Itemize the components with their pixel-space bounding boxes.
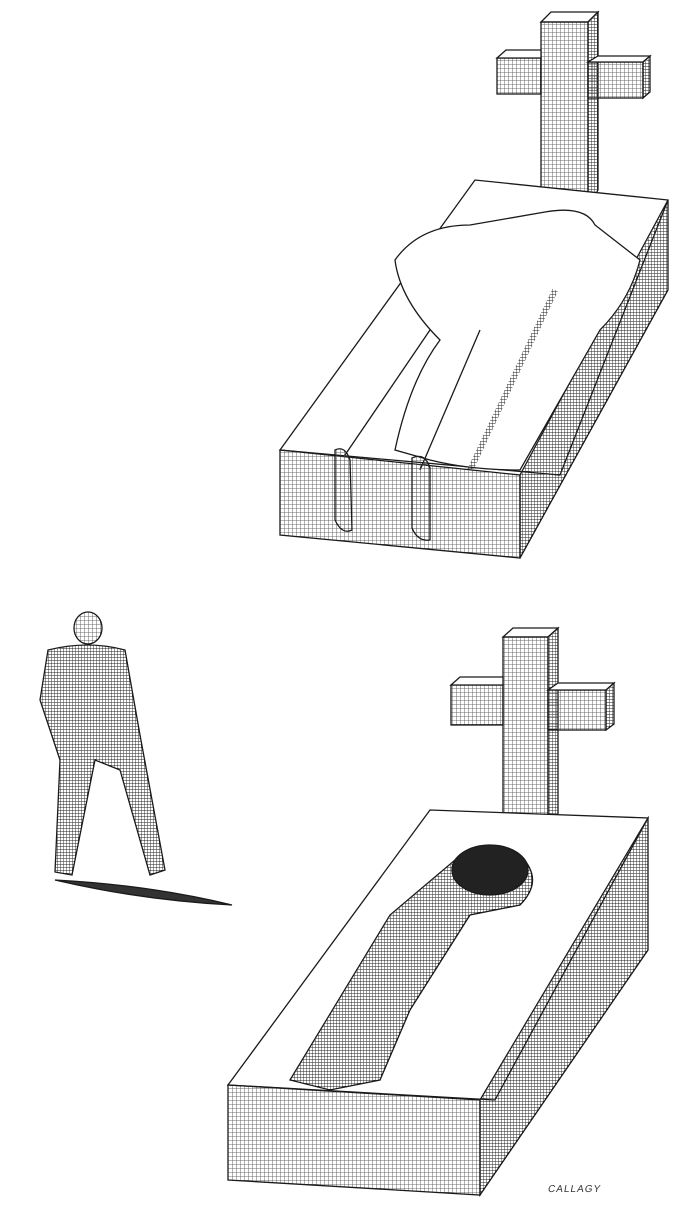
top-cross	[497, 12, 650, 207]
bottom-grave	[228, 628, 648, 1195]
walking-man	[40, 612, 232, 905]
top-grave	[280, 12, 668, 558]
bottom-cross	[451, 628, 614, 827]
artist-signature: CALLAGY	[547, 1184, 602, 1195]
bottom-slab-front	[228, 1085, 480, 1195]
cartoon-illustration	[0, 0, 700, 1212]
